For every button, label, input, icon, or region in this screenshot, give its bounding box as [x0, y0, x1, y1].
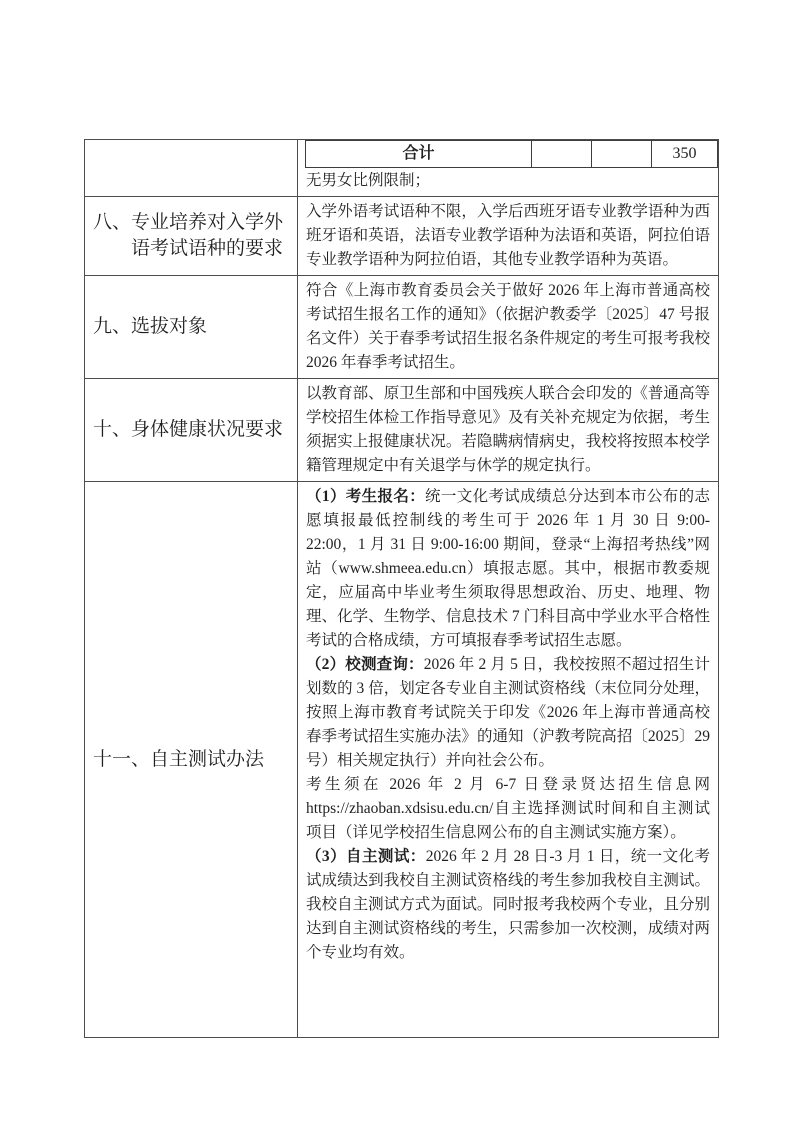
- total-empty-cell-1: [532, 141, 592, 168]
- row-label-selection-target: 九、选拔对象: [85, 276, 298, 379]
- row-label-text: 八、专业培养对入学外语考试语种的要求: [93, 210, 292, 262]
- table-row-language-requirement: 八、专业培养对入学外语考试语种的要求 入学外语考试语种不限，入学后西班牙语专业教…: [85, 197, 719, 276]
- gender-ratio-note: 无男女比例限制；: [298, 168, 718, 196]
- procedure-paragraph-registration: （1）考生报名：统一文化考试成绩总分达到本市公布的志愿填报最低控制线的考生可于 …: [298, 482, 718, 653]
- row-label-language-requirement: 八、专业培养对入学外语考试语种的要求: [85, 197, 298, 276]
- total-empty-cell-2: [592, 141, 652, 168]
- total-label-cell: 合计: [306, 141, 532, 168]
- procedure-paragraph-self-test: （3）自主测试：2026 年 2 月 28 日-3 月 1 日，统一文化考试成绩…: [298, 845, 718, 965]
- procedure-paragraph-test-booking: 考生须在 2026 年 2 月 6-7 日登录贤达招生信息网 https://z…: [298, 773, 718, 845]
- self-test-procedure-content: （1）考生报名：统一文化考试成绩总分达到本市公布的志愿填报最低控制线的考生可于 …: [298, 482, 719, 1038]
- plan-total-subtable: 合计 350: [305, 140, 718, 168]
- health-requirement-content: 以教育部、原卫生部和中国残疾人联合会印发的《普通高等学校招生体检工作指导意见》及…: [298, 379, 719, 482]
- row-label-health-requirement: 十、身体健康状况要求: [85, 379, 298, 482]
- row-label-text: 九、选拔对象: [93, 314, 292, 340]
- language-requirement-content: 入学外语考试语种不限，入学后西班牙语专业教学语种为西班牙语和英语，法语专业教学语…: [298, 197, 719, 276]
- table-row-self-test-procedure: 十一、自主测试办法 （1）考生报名：统一文化考试成绩总分达到本市公布的志愿填报最…: [85, 482, 719, 1038]
- total-value-cell: 350: [652, 141, 718, 168]
- selection-target-content: 符合《上海市教育委员会关于做好 2026 年上海市普通高校考试招生报名工作的通知…: [298, 276, 719, 379]
- admissions-site-url: https://zhaoban.xdsisu.edu.cn/: [306, 800, 493, 817]
- summary-content-cell: 合计 350 无男女比例限制；: [298, 140, 719, 197]
- paragraph-lead: （3）自主测试：: [306, 848, 426, 865]
- row-label-text: 十、身体健康状况要求: [93, 417, 292, 443]
- table-row-health-requirement: 十、身体健康状况要求 以教育部、原卫生部和中国残疾人联合会印发的《普通高等学校招…: [85, 379, 719, 482]
- table-row-summary: 合计 350 无男女比例限制；: [85, 140, 719, 197]
- paragraph-text: 统一文化考试成绩总分达到本市公布的志愿填报最低控制线的考生可于 2026 年 1…: [306, 488, 710, 649]
- paragraph-text: 考生须在 2026 年 2 月 6-7 日登录贤达招生信息网: [306, 776, 710, 793]
- table-row-selection-target: 九、选拔对象 符合《上海市教育委员会关于做好 2026 年上海市普通高校考试招生…: [85, 276, 719, 379]
- health-requirement-text: 以教育部、原卫生部和中国残疾人联合会印发的《普通高等学校招生体检工作指导意见》及…: [298, 379, 718, 481]
- document-page: 合计 350 无男女比例限制； 八、专业培养对入学外语考试语种的要求: [0, 0, 800, 1132]
- row-label-empty: [85, 140, 298, 197]
- admissions-requirements-table: 合计 350 无男女比例限制； 八、专业培养对入学外语考试语种的要求: [84, 139, 719, 1038]
- language-requirement-text: 入学外语考试语种不限，入学后西班牙语专业教学语种为西班牙语和英语，法语专业教学语…: [298, 197, 718, 275]
- selection-target-text: 符合《上海市教育委员会关于做好 2026 年上海市普通高校考试招生报名工作的通知…: [298, 276, 718, 378]
- procedure-paragraph-qualification-query: （2）校测查询：2026 年 2 月 5 日，我校按照不超过招生计划数的 3 倍…: [298, 653, 718, 773]
- paragraph-lead: （1）考生报名：: [306, 488, 425, 505]
- total-row: 合计 350: [306, 141, 718, 168]
- row-label-text: 十一、自主测试办法: [93, 747, 292, 773]
- row-label-self-test-procedure: 十一、自主测试办法: [85, 482, 298, 1038]
- paragraph-lead: （2）校测查询：: [306, 656, 424, 673]
